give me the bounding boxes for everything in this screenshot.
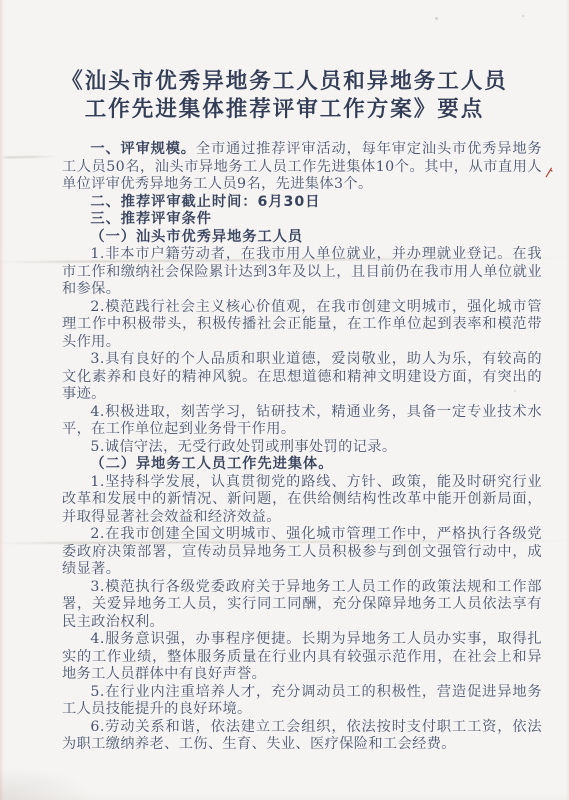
paragraph: 4.服务意识强，办事程序便捷。长期为异地务工人员办实事，取得扎实的工作业绩，整体… bbox=[62, 631, 542, 684]
paragraph: 5.在行业内注重培养人才，充分调动员工的积极性，营造促进异地务工人员技能提升的良… bbox=[62, 684, 542, 719]
scan-speck bbox=[514, 390, 516, 392]
scan-speck bbox=[522, 15, 524, 17]
crease-line-left bbox=[0, 155, 58, 158]
section-heading: （二）异地务工人员工作先进集体。 bbox=[62, 456, 542, 474]
document-body: 一、评审规模。全市通过推荐评审活动，每年审定汕头市优秀异地务工人员50名，汕头市… bbox=[62, 141, 542, 754]
red-pen-tick-mark bbox=[545, 167, 553, 178]
paragraph: 2.在我市创建全国文明城市、强化城市管理工作中，严格执行各级党委政府决策部署，宣… bbox=[62, 526, 542, 579]
paragraph-lead: 一、评审规模。 bbox=[90, 141, 196, 157]
section-heading: 三、推荐评审条件 bbox=[62, 211, 542, 229]
scanned-document-page: 《汕头市优秀异地务工人员和异地务工人员 工作先进集体推荐评审工作方案》要点 一、… bbox=[0, 0, 569, 800]
paragraph: 2.模范践行社会主义核心价值观，在我市创建文明城市，强化城市管理工作中积极带头，… bbox=[62, 299, 542, 352]
document-title-line1: 《汕头市优秀异地务工人员和异地务工人员 bbox=[0, 68, 569, 96]
paragraph: 1.非本市户籍劳动者，在我市用人单位就业，并办理就业登记。在我市工作和缴纳社会保… bbox=[62, 246, 542, 299]
section-heading: 二、推荐评审截止时间：6月30日 bbox=[62, 194, 542, 212]
paragraph: 6.劳动关系和谐，依法建立工会组织，依法按时支付职工工资，依法为职工缴纳养老、工… bbox=[62, 719, 542, 754]
section-heading: （一）汕头市优秀异地务工人员 bbox=[62, 229, 542, 247]
paragraph: 4.积极进取，刻苦学习，钻研技术，精通业务，具备一定专业技术水平，在工作单位起到… bbox=[62, 404, 542, 439]
paragraph: 3.具有良好的个人品质和职业道德，爱岗敬业，助人为乐，有较高的文化素养和良好的精… bbox=[62, 351, 542, 404]
document-title: 《汕头市优秀异地务工人员和异地务工人员 工作先进集体推荐评审工作方案》要点 bbox=[0, 68, 569, 124]
document-title-line2: 工作先进集体推荐评审工作方案》要点 bbox=[0, 96, 569, 124]
paragraph: 一、评审规模。全市通过推荐评审活动，每年审定汕头市优秀异地务工人员50名，汕头市… bbox=[62, 141, 542, 194]
scan-speck bbox=[296, 196, 298, 198]
paragraph: 5.诚信守法，无受行政处罚或刑事处罚的记录。 bbox=[62, 439, 542, 457]
paragraph: 3.模范执行各级党委政府关于异地务工人员工作的政策法规和工作部署，关爱异地务工人… bbox=[62, 579, 542, 632]
paragraph: 1.坚持科学发展，认真贯彻党的路线、方针、政策，能及时研究行业改革和发展中的新情… bbox=[62, 474, 542, 527]
scan-speck bbox=[435, 17, 438, 20]
